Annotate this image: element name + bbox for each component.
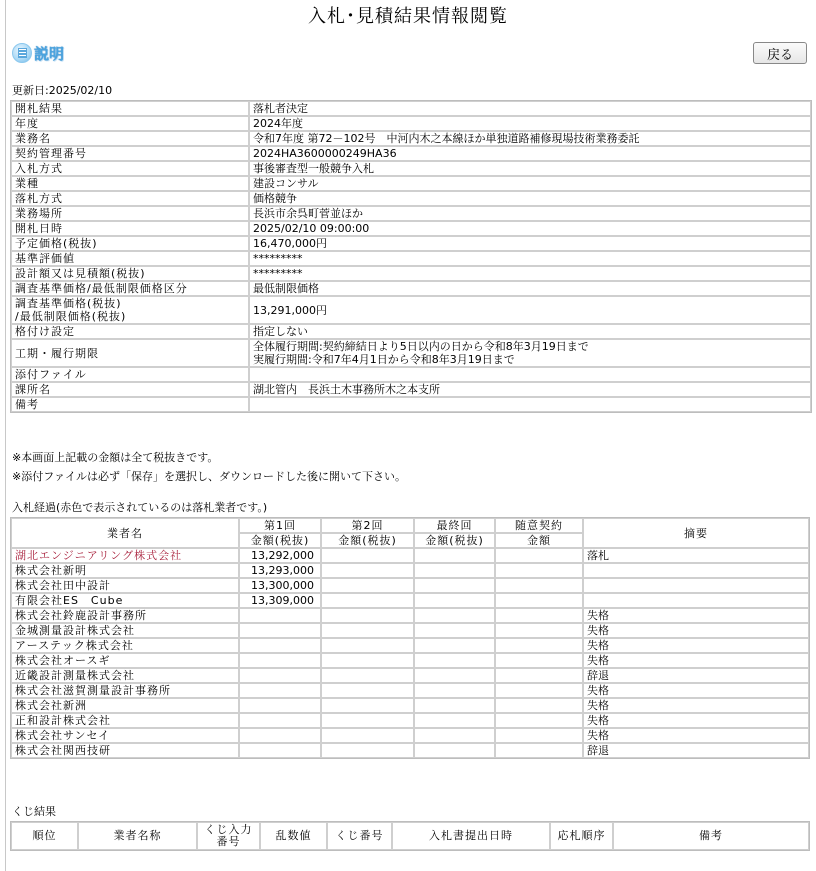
info-label: 備考 (11, 397, 249, 412)
round1-amount (239, 713, 321, 728)
info-row: 開札結果落札者決定 (11, 101, 811, 116)
round2-amount (321, 653, 414, 668)
info-label-text: 開札日時 (15, 222, 245, 235)
round2-amount (321, 743, 414, 758)
lottery-header: 応札順序 (550, 822, 613, 850)
final-amount (414, 578, 495, 593)
final-amount (414, 668, 495, 683)
header-zuii-amount: 金額 (495, 533, 583, 548)
summary (583, 593, 809, 608)
bid-row: 金城測量設計株式会社失格 (11, 623, 809, 638)
round2-amount (321, 563, 414, 578)
info-value: 2024年度 (249, 116, 811, 131)
summary: 失格 (583, 638, 809, 653)
round1-amount (239, 608, 321, 623)
bid-row: 有限会社ES Cube13,309,000 (11, 593, 809, 608)
summary (583, 563, 809, 578)
bid-row: 株式会社田中設計13,300,000 (11, 578, 809, 593)
help-link[interactable]: 説明 (12, 41, 64, 65)
info-label: 設計額又は見積額(税抜) (11, 266, 249, 281)
help-label: 説明 (34, 43, 64, 64)
bidder-name: 株式会社鈴鹿設計事務所 (11, 608, 239, 623)
info-table: 開札結果落札者決定年度2024年度業務名令和7年度 第72－102号 中河内木之… (10, 100, 812, 413)
info-value-text: 落札者決定 (253, 102, 807, 115)
info-value: 2025/02/10 09:00:00 (249, 221, 811, 236)
zuii-amount (495, 653, 583, 668)
info-row: 業務場所長浜市余呉町菅並ほか (11, 206, 811, 221)
info-value-text-line2: 実履行期間:令和7年4月1日から令和8年3月19日まで (253, 353, 807, 366)
info-value: 湖北管内 長浜土木事務所木之本支所 (249, 382, 811, 397)
info-label-text: 予定価格(税抜) (15, 237, 245, 250)
zuii-amount (495, 608, 583, 623)
final-amount (414, 548, 495, 563)
bidder-name: 金城測量設計株式会社 (11, 623, 239, 638)
summary (583, 578, 809, 593)
info-label-text: 添付ファイル (15, 368, 245, 381)
round2-amount (321, 638, 414, 653)
info-row: 工期・履行期限全体履行期間:契約締結日より5日以内の日から令和8年3月19日まで… (11, 339, 811, 367)
round1-amount: 13,293,000 (239, 563, 321, 578)
info-label: 開札日時 (11, 221, 249, 236)
bid-row: 株式会社新明13,293,000 (11, 563, 809, 578)
round2-amount (321, 623, 414, 638)
final-amount (414, 593, 495, 608)
lottery-table: 順位業者名称くじ入力番号乱数値くじ番号入札書提出日時応札順序備考 (10, 821, 810, 851)
zuii-amount (495, 698, 583, 713)
round1-amount (239, 653, 321, 668)
info-value: ********* (249, 266, 811, 281)
info-label: 業務場所 (11, 206, 249, 221)
info-value-text: 2024HA3600000249HA36 (253, 147, 807, 160)
info-label-text-line2: /最低制限価格(税抜) (15, 310, 245, 323)
lottery-header: くじ入力番号 (197, 822, 260, 850)
final-amount (414, 653, 495, 668)
info-value-text: 湖北管内 長浜土木事務所木之本支所 (253, 383, 807, 396)
final-amount (414, 728, 495, 743)
round1-amount (239, 638, 321, 653)
info-label: 工期・履行期限 (11, 339, 249, 367)
bid-row: 株式会社関西技研辞退 (11, 743, 809, 758)
round2-amount (321, 683, 414, 698)
round1-amount (239, 743, 321, 758)
final-amount (414, 713, 495, 728)
info-value (249, 367, 811, 382)
updated-date: 更新日:2025/02/10 (12, 84, 112, 98)
info-label-text: 備考 (15, 398, 245, 411)
final-amount (414, 563, 495, 578)
info-value-text: 最低制限価格 (253, 282, 807, 295)
bid-row: 正和設計株式会社失格 (11, 713, 809, 728)
info-row: 業務名令和7年度 第72－102号 中河内木之本線ほか単独道路補修現場技術業務委… (11, 131, 811, 146)
round2-amount (321, 593, 414, 608)
info-value-text: 長浜市余呉町菅並ほか (253, 207, 807, 220)
info-value (249, 397, 811, 412)
zuii-amount (495, 683, 583, 698)
header-round1: 第1回 (239, 518, 321, 533)
round1-amount (239, 698, 321, 713)
zuii-amount (495, 623, 583, 638)
summary: 辞退 (583, 743, 809, 758)
bid-row: 湖北エンジニアリング株式会社13,292,000落札 (11, 548, 809, 563)
page-title: 入札･見積結果情報閲覧 (0, 6, 816, 28)
bidder-name: 湖北エンジニアリング株式会社 (11, 548, 239, 563)
zuii-amount (495, 728, 583, 743)
info-value: 事後審査型一般競争入札 (249, 161, 811, 176)
info-row: 備考 (11, 397, 811, 412)
round1-amount: 13,292,000 (239, 548, 321, 563)
info-label-text: 調査基準価格(税抜) (15, 297, 245, 310)
note-attachment: ※添付ファイルは必ず「保存」を選択し、ダウンロードした後に開いて下さい。 (12, 470, 406, 484)
bid-table: 業者名 第1回 第2回 最終回 随意契約 摘要 金額(税抜) 金額(税抜) 金額… (10, 517, 810, 759)
zuii-amount (495, 713, 583, 728)
summary: 失格 (583, 623, 809, 638)
info-value: 長浜市余呉町菅並ほか (249, 206, 811, 221)
bid-row: 株式会社滋賀測量設計事務所失格 (11, 683, 809, 698)
info-label-text: 業務名 (15, 132, 245, 145)
info-value-text: 事後審査型一般競争入札 (253, 162, 807, 175)
round2-amount (321, 698, 414, 713)
lottery-header: 業者名称 (78, 822, 197, 850)
info-value-text: 価格競争 (253, 192, 807, 205)
lottery-header: 備考 (613, 822, 809, 850)
info-label: 格付け設定 (11, 324, 249, 339)
header-round2-amount: 金額(税抜) (321, 533, 414, 548)
bidder-name: 株式会社オースギ (11, 653, 239, 668)
bid-row: 近畿設計測量株式会社辞退 (11, 668, 809, 683)
bid-section-label: 入札経過(赤色で表示されているのは落札業者です。) (12, 501, 267, 515)
info-row: 格付け設定指定しない (11, 324, 811, 339)
info-label: 落札方式 (11, 191, 249, 206)
lottery-header: 入札書提出日時 (392, 822, 550, 850)
bidder-name: 株式会社新明 (11, 563, 239, 578)
info-row: 入札方式事後審査型一般競争入札 (11, 161, 811, 176)
info-label-text: 課所名 (15, 383, 245, 396)
info-label-text: 契約管理番号 (15, 147, 245, 160)
info-label: 課所名 (11, 382, 249, 397)
info-label-text: 入札方式 (15, 162, 245, 175)
header-zuii: 随意契約 (495, 518, 583, 533)
info-label: 業種 (11, 176, 249, 191)
info-row: 調査基準価格(税抜)/最低制限価格(税抜)13,291,000円 (11, 296, 811, 324)
summary: 失格 (583, 713, 809, 728)
bid-row: 株式会社サンセイ失格 (11, 728, 809, 743)
info-row: 添付ファイル (11, 367, 811, 382)
info-value-text: ********* (253, 267, 807, 280)
info-label-text: 基準評価値 (15, 252, 245, 265)
info-row: 契約管理番号2024HA3600000249HA36 (11, 146, 811, 161)
info-row: 業種建設コンサル (11, 176, 811, 191)
summary: 失格 (583, 683, 809, 698)
round1-amount (239, 728, 321, 743)
info-label: 契約管理番号 (11, 146, 249, 161)
info-label: 調査基準価格(税抜)/最低制限価格(税抜) (11, 296, 249, 324)
round1-amount: 13,300,000 (239, 578, 321, 593)
bid-row: 株式会社鈴鹿設計事務所失格 (11, 608, 809, 623)
info-label: 基準評価値 (11, 251, 249, 266)
bidder-name: 株式会社田中設計 (11, 578, 239, 593)
header-final-amount: 金額(税抜) (414, 533, 495, 548)
round2-amount (321, 578, 414, 593)
zuii-amount (495, 563, 583, 578)
info-label-text: 業務場所 (15, 207, 245, 220)
bidder-name: 株式会社サンセイ (11, 728, 239, 743)
zuii-amount (495, 638, 583, 653)
info-value: 建設コンサル (249, 176, 811, 191)
bidder-name: 正和設計株式会社 (11, 713, 239, 728)
info-value: 落札者決定 (249, 101, 811, 116)
info-row: 課所名湖北管内 長浜土木事務所木之本支所 (11, 382, 811, 397)
header-round1-amount: 金額(税抜) (239, 533, 321, 548)
document-circle-icon (12, 43, 32, 63)
note-tax: ※本画面上記載の金額は全て税抜きです。 (12, 451, 218, 465)
summary: 失格 (583, 728, 809, 743)
bid-row: 株式会社新洲失格 (11, 698, 809, 713)
info-label: 予定価格(税抜) (11, 236, 249, 251)
bidder-name: 有限会社ES Cube (11, 593, 239, 608)
info-label: 年度 (11, 116, 249, 131)
info-value-text: 建設コンサル (253, 177, 807, 190)
info-row: 年度2024年度 (11, 116, 811, 131)
final-amount (414, 698, 495, 713)
final-amount (414, 623, 495, 638)
round2-amount (321, 668, 414, 683)
final-amount (414, 638, 495, 653)
zuii-amount (495, 593, 583, 608)
lottery-header: 順位 (11, 822, 78, 850)
info-value-text: ********* (253, 252, 807, 265)
info-label: 開札結果 (11, 101, 249, 116)
round2-amount (321, 713, 414, 728)
bidder-name: 近畿設計測量株式会社 (11, 668, 239, 683)
info-label: 業務名 (11, 131, 249, 146)
round1-amount (239, 623, 321, 638)
bidder-name: 株式会社関西技研 (11, 743, 239, 758)
header-summary: 摘要 (583, 518, 809, 548)
info-value: 価格競争 (249, 191, 811, 206)
info-value: 13,291,000円 (249, 296, 811, 324)
info-row: 開札日時2025/02/10 09:00:00 (11, 221, 811, 236)
left-border-rule (5, 0, 6, 871)
info-label-text: 設計額又は見積額(税抜) (15, 267, 245, 280)
info-label-text: 調査基準価格/最低制限価格区分 (15, 282, 245, 295)
info-label-text: 格付け設定 (15, 325, 245, 338)
final-amount (414, 743, 495, 758)
header-round2: 第2回 (321, 518, 414, 533)
round2-amount (321, 608, 414, 623)
info-row: 設計額又は見積額(税抜)********* (11, 266, 811, 281)
info-value-text: 2024年度 (253, 117, 807, 130)
zuii-amount (495, 548, 583, 563)
info-value: 全体履行期間:契約締結日より5日以内の日から令和8年3月19日まで実履行期間:令… (249, 339, 811, 367)
bid-row: 株式会社オースギ失格 (11, 653, 809, 668)
info-label-text: 業種 (15, 177, 245, 190)
final-amount (414, 608, 495, 623)
info-label-text: 年度 (15, 117, 245, 130)
zuii-amount (495, 743, 583, 758)
summary: 落札 (583, 548, 809, 563)
summary: 失格 (583, 608, 809, 623)
info-label-text: 工期・履行期限 (15, 347, 245, 360)
info-value-text: 2025/02/10 09:00:00 (253, 222, 807, 235)
lottery-section-label: くじ結果 (12, 805, 56, 819)
info-row: 落札方式価格競争 (11, 191, 811, 206)
info-value-text: 16,470,000円 (253, 237, 807, 250)
info-label: 添付ファイル (11, 367, 249, 382)
header-name: 業者名 (11, 518, 239, 548)
bid-row: アーステック株式会社失格 (11, 638, 809, 653)
round1-amount (239, 683, 321, 698)
summary: 失格 (583, 698, 809, 713)
info-value-text: 令和7年度 第72－102号 中河内木之本線ほか単独道路補修現場技術業務委託 (253, 132, 807, 145)
info-value-text: 全体履行期間:契約締結日より5日以内の日から令和8年3月19日まで (253, 340, 807, 353)
back-button[interactable]: 戻る (753, 42, 807, 64)
header-final: 最終回 (414, 518, 495, 533)
lottery-header: くじ番号 (327, 822, 392, 850)
zuii-amount (495, 668, 583, 683)
info-row: 予定価格(税抜)16,470,000円 (11, 236, 811, 251)
info-value: 指定しない (249, 324, 811, 339)
round1-amount (239, 668, 321, 683)
info-label-text: 開札結果 (15, 102, 245, 115)
info-value: 16,470,000円 (249, 236, 811, 251)
bidder-name: アーステック株式会社 (11, 638, 239, 653)
info-value: ********* (249, 251, 811, 266)
info-label-text: 落札方式 (15, 192, 245, 205)
zuii-amount (495, 578, 583, 593)
info-value: 令和7年度 第72－102号 中河内木之本線ほか単独道路補修現場技術業務委託 (249, 131, 811, 146)
summary: 辞退 (583, 668, 809, 683)
info-value: 2024HA3600000249HA36 (249, 146, 811, 161)
info-value-text: 13,291,000円 (253, 304, 807, 317)
info-value-text: 指定しない (253, 325, 807, 338)
round2-amount (321, 728, 414, 743)
bidder-name: 株式会社滋賀測量設計事務所 (11, 683, 239, 698)
info-label: 入札方式 (11, 161, 249, 176)
round2-amount (321, 548, 414, 563)
info-value: 最低制限価格 (249, 281, 811, 296)
info-row: 調査基準価格/最低制限価格区分最低制限価格 (11, 281, 811, 296)
info-label: 調査基準価格/最低制限価格区分 (11, 281, 249, 296)
round1-amount: 13,309,000 (239, 593, 321, 608)
bidder-name: 株式会社新洲 (11, 698, 239, 713)
lottery-header: 乱数値 (260, 822, 327, 850)
info-row: 基準評価値********* (11, 251, 811, 266)
final-amount (414, 683, 495, 698)
summary: 失格 (583, 653, 809, 668)
